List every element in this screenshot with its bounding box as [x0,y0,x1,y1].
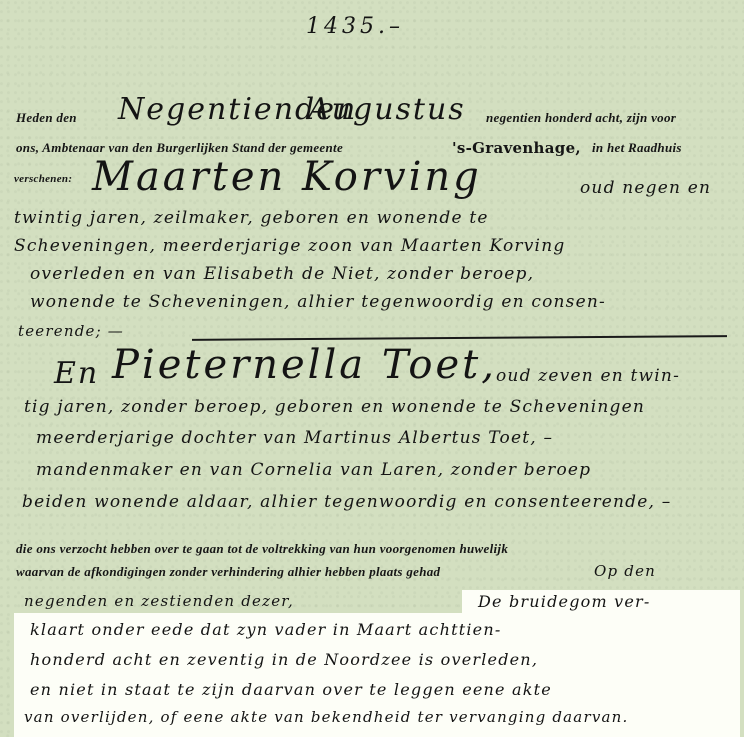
groom-line-6: teerende; — [18,322,124,340]
bride-line-4: mandenmaker en van Cornelia van Laren, z… [36,460,591,480]
publication-dates: negenden en zestienden dezer, [24,592,294,610]
page-edge [740,590,744,737]
groom-line-2: twintig jaren, zeilmaker, geboren en won… [14,208,489,228]
record-number: 1435.– [306,14,404,39]
bride-line-2: tig jaren, zonder beroep, geboren en won… [24,397,645,417]
bride-age-start: oud zeven en twin- [496,366,680,386]
printed-raadhuis: in het Raadhuis [592,140,682,156]
bride-prefix: En [54,356,99,391]
annotation-line-4: van overlijden, of eene akte van bekendh… [24,708,628,726]
printed-year: negentien honderd acht, zijn voor [486,110,676,126]
groom-line-3: Scheveningen, meerderjarige zoon van Maa… [14,236,565,256]
groom-name: Maarten Korving [92,154,482,200]
printed-verschenen: verschenen: [14,173,72,185]
bride-line-5: beiden wonende aldaar, alhier tegenwoord… [22,492,671,512]
printed-heden: Heden den [16,110,77,126]
groom-line-4: overleden en van Elisabeth de Niet, zond… [30,264,534,284]
annotation-line-0: De bruidegom ver- [478,592,651,611]
register-page: 1435.– Heden den Negentienden Augustus n… [0,0,744,737]
bride-name: Pieternella Toet, [112,342,497,388]
printed-waarvan: waarvan de afkondigingen zonder verhinde… [16,564,440,580]
groom-line-5: wonende te Scheveningen, alhier tegenwoo… [30,292,606,312]
separator-line [192,335,727,341]
date-month: Augustus [308,92,466,127]
printed-die-ons: die ons verzocht hebben over te gaan tot… [16,541,508,557]
op-den: Op den [594,562,656,580]
groom-age-start: oud negen en [580,178,711,198]
annotation-line-2: honderd acht en zeventig in de Noordzee … [30,650,538,669]
bride-line-3: meerderjarige dochter van Martinus Alber… [36,428,553,448]
annotation-line-1: klaart onder eede dat zyn vader in Maart… [30,620,501,639]
annotation-line-3: en niet in staat te zijn daarvan over te… [30,680,552,699]
